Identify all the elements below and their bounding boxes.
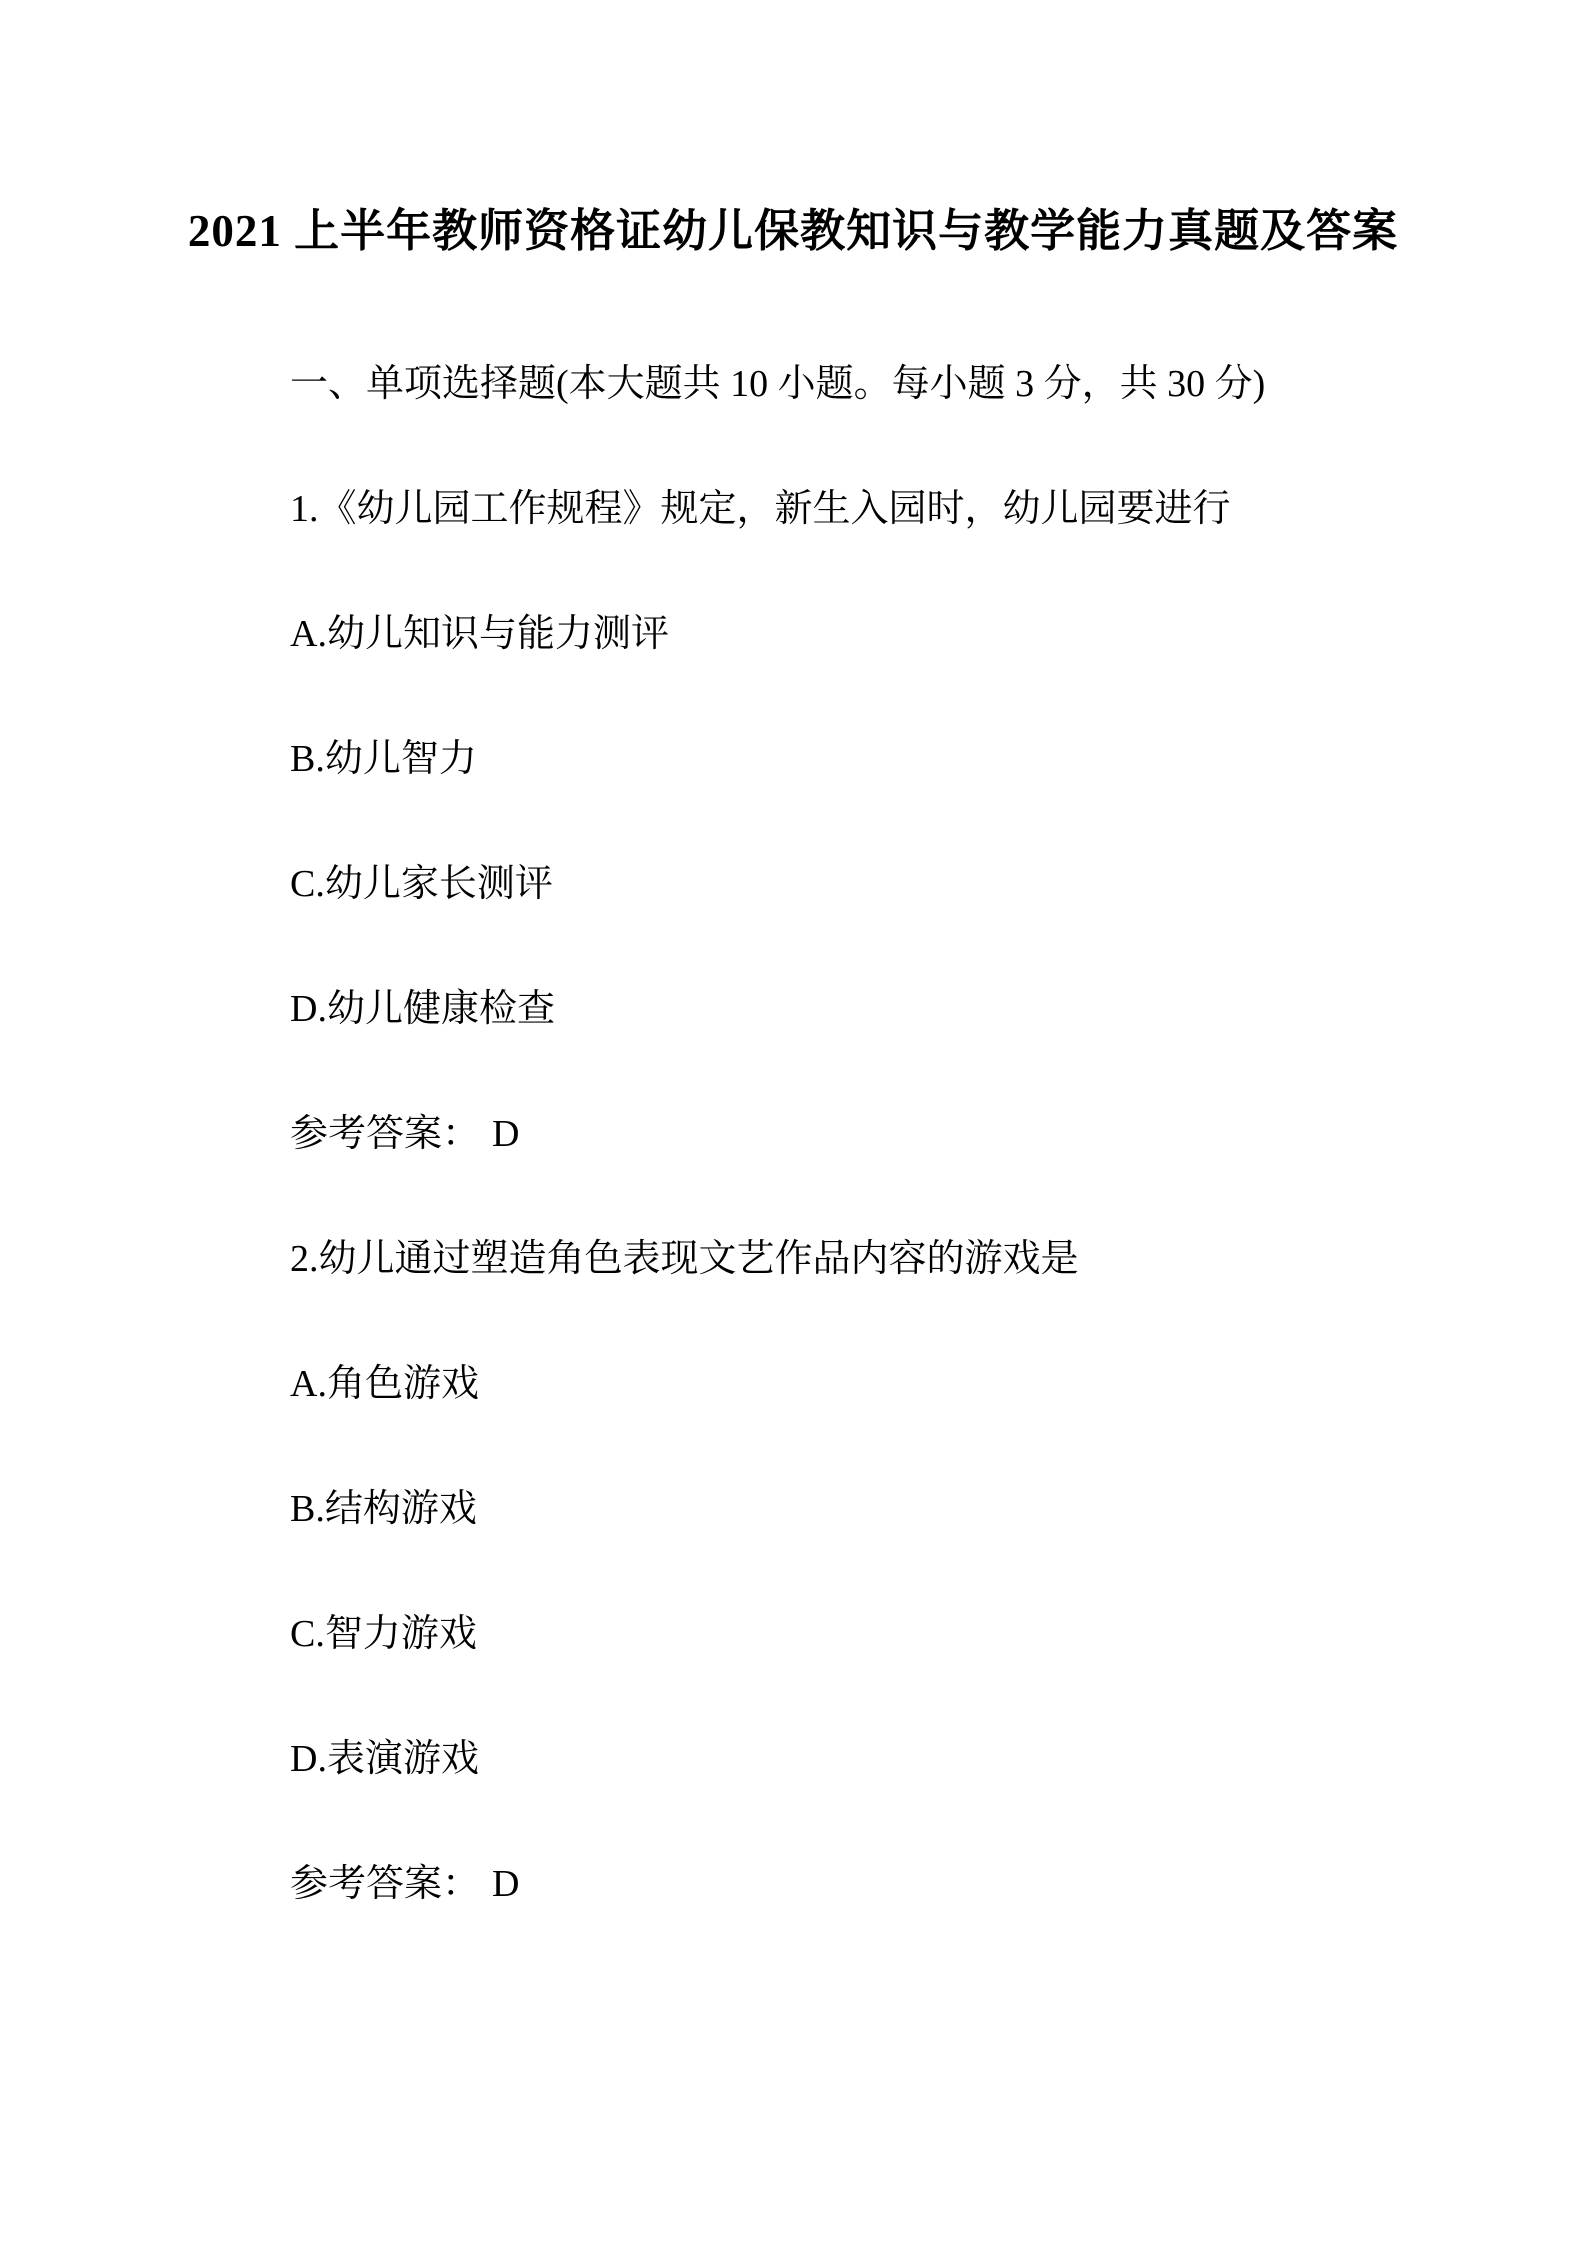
- question-2-option-c: C.智力游戏: [290, 1610, 1436, 1658]
- question-2-answer-line: 参考答案：D: [290, 1860, 1436, 1908]
- page-title: 2021 上半年教师资格证幼儿保教知识与教学能力真题及答案: [0, 201, 1586, 261]
- document-content: 一、单项选择题(本大题共 10 小题。每小题 3 分，共 30 分) 1.《幼儿…: [0, 360, 1586, 1908]
- question-1-option-a: A.幼儿知识与能力测评: [290, 610, 1436, 658]
- question-1-option-d: D.幼儿健康检查: [290, 985, 1436, 1033]
- question-2-option-d: D.表演游戏: [290, 1735, 1436, 1783]
- answer-label: 参考答案：: [290, 1863, 480, 1905]
- answer-value: D: [492, 1863, 519, 1905]
- question-1-option-c: C.幼儿家长测评: [290, 860, 1436, 908]
- question-1-answer-line: 参考答案：D: [290, 1110, 1436, 1158]
- question-2-option-a: A.角色游戏: [290, 1360, 1436, 1408]
- answer-value: D: [492, 1113, 519, 1155]
- answer-label: 参考答案：: [290, 1113, 480, 1155]
- document-page: 2021 上半年教师资格证幼儿保教知识与教学能力真题及答案 一、单项选择题(本大…: [0, 0, 1586, 2244]
- question-1-stem: 1.《幼儿园工作规程》规定，新生入园时，幼儿园要进行: [290, 485, 1436, 533]
- section-heading: 一、单项选择题(本大题共 10 小题。每小题 3 分，共 30 分): [290, 360, 1436, 408]
- question-2-stem: 2.幼儿通过塑造角色表现文艺作品内容的游戏是: [290, 1235, 1436, 1283]
- question-1-option-b: B.幼儿智力: [290, 735, 1436, 783]
- question-2-option-b: B.结构游戏: [290, 1485, 1436, 1533]
